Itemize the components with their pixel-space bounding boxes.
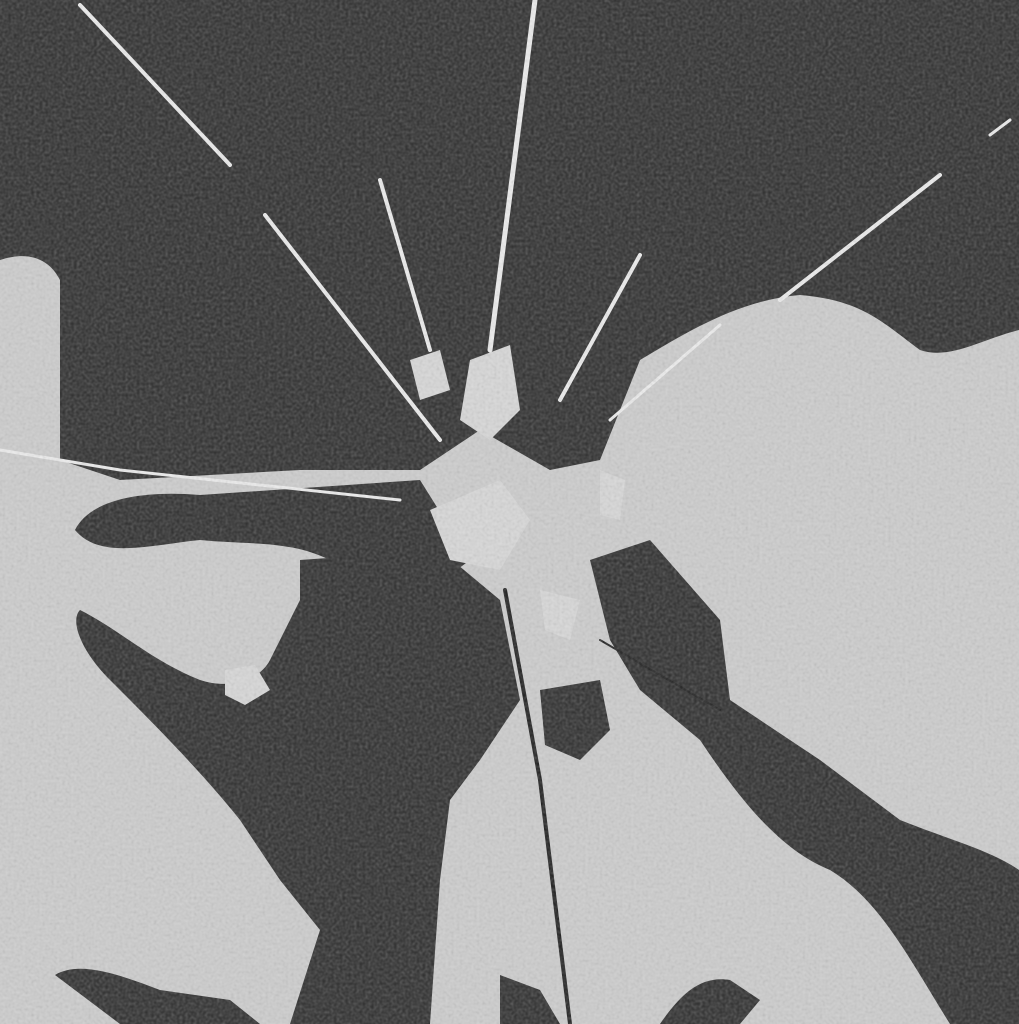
mosaic-texture xyxy=(0,0,1019,1024)
image-canvas xyxy=(0,0,1019,1024)
shattered-glass-image xyxy=(0,0,1019,1024)
